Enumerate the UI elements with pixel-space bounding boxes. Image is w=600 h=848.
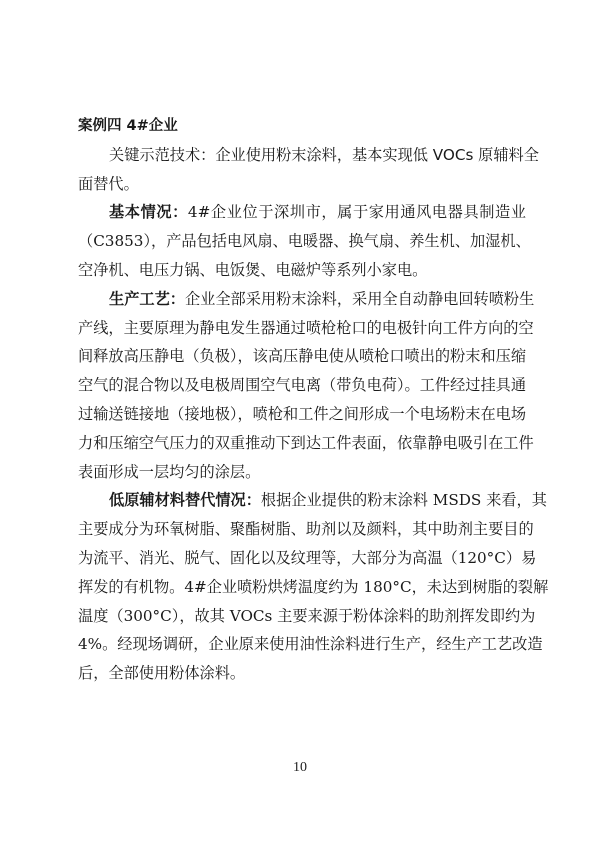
text-line: 空净机、电压力锅、电饭煲、电磁炉等系列小家电。 xyxy=(78,256,526,285)
text-span: 根据企业提供的粉末涂料 MSDS 来看，其 xyxy=(261,491,547,509)
text-line: 表面形成一层均匀的涂层。 xyxy=(78,458,526,487)
text-span: 企业全部采用粉末涂料，采用全自动静电回转喷粉生 xyxy=(185,290,534,308)
substitution-paragraph: 低原辅材料替代情况：根据企业提供的粉末涂料 MSDS 来看，其 主要成分为环氧树… xyxy=(78,486,526,688)
process-paragraph: 生产工艺：企业全部采用粉末涂料，采用全自动静电回转喷粉生 产线，主要原理为静电发… xyxy=(78,285,526,487)
text-line: 面替代。 xyxy=(78,170,526,199)
text-line: 主要成分为环氧树脂、聚酯树脂、助剂以及颜料，其中助剂主要目的 xyxy=(78,515,526,544)
case-heading: 案例四 4#企业 xyxy=(78,112,526,141)
text-line: 基本情况：4#企业位于深圳市，属于家用通风电器具制造业 xyxy=(78,198,526,227)
text-line: 为流平、消光、脱气、固化以及纹理等，大部分为高温（120°C）易 xyxy=(78,544,526,573)
page-number: 10 xyxy=(0,760,600,776)
text-line: （C3853），产品包括电风扇、电暖器、换气扇、养生机、加湿机、 xyxy=(78,227,526,256)
section-label: 生产工艺： xyxy=(109,290,185,308)
text-line: 力和压缩空气压力的双重推动下到达工件表面，依靠静电吸引在工件 xyxy=(78,429,526,458)
text-line: 空气的混合物以及电极周围空气电离（带负电荷）。工件经过挂具通 xyxy=(78,371,526,400)
text-line: 低原辅材料替代情况：根据企业提供的粉末涂料 MSDS 来看，其 xyxy=(78,486,526,515)
text-line: 关键示范技术：企业使用粉末涂料，基本实现低 VOCs 原辅料全 xyxy=(78,141,526,170)
key-tech-paragraph: 关键示范技术：企业使用粉末涂料，基本实现低 VOCs 原辅料全 面替代。 xyxy=(78,141,526,199)
text-line: 间释放高压静电（负极），该高压静电使从喷枪口喷出的粉末和压缩 xyxy=(78,342,526,371)
section-label: 基本情况： xyxy=(109,203,188,221)
text-span: 4#企业位于深圳市，属于家用通风电器具制造业 xyxy=(188,203,526,221)
section-label: 低原辅材料替代情况： xyxy=(109,491,261,509)
text-line: 4%。经现场调研，企业原来使用油性涂料进行生产，经生产工艺改造 xyxy=(78,630,526,659)
text-line: 过输送链接地（接地极），喷枪和工件之间形成一个电场粉末在电场 xyxy=(78,400,526,429)
text-line: 生产工艺：企业全部采用粉末涂料，采用全自动静电回转喷粉生 xyxy=(78,285,526,314)
text-line: 挥发的有机物。4#企业喷粉烘烤温度约为 180°C，未达到树脂的裂解 xyxy=(78,573,526,602)
text-line: 温度（300°C），故其 VOCs 主要来源于粉体涂料的助剂挥发即约为 xyxy=(78,602,526,631)
document-page: 案例四 4#企业 关键示范技术：企业使用粉末涂料，基本实现低 VOCs 原辅料全… xyxy=(78,112,526,688)
basic-info-paragraph: 基本情况：4#企业位于深圳市，属于家用通风电器具制造业 （C3853），产品包括… xyxy=(78,198,526,284)
text-line: 产线，主要原理为静电发生器通过喷枪枪口的电极针向工件方向的空 xyxy=(78,314,526,343)
text-line: 后，全部使用粉体涂料。 xyxy=(78,659,526,688)
